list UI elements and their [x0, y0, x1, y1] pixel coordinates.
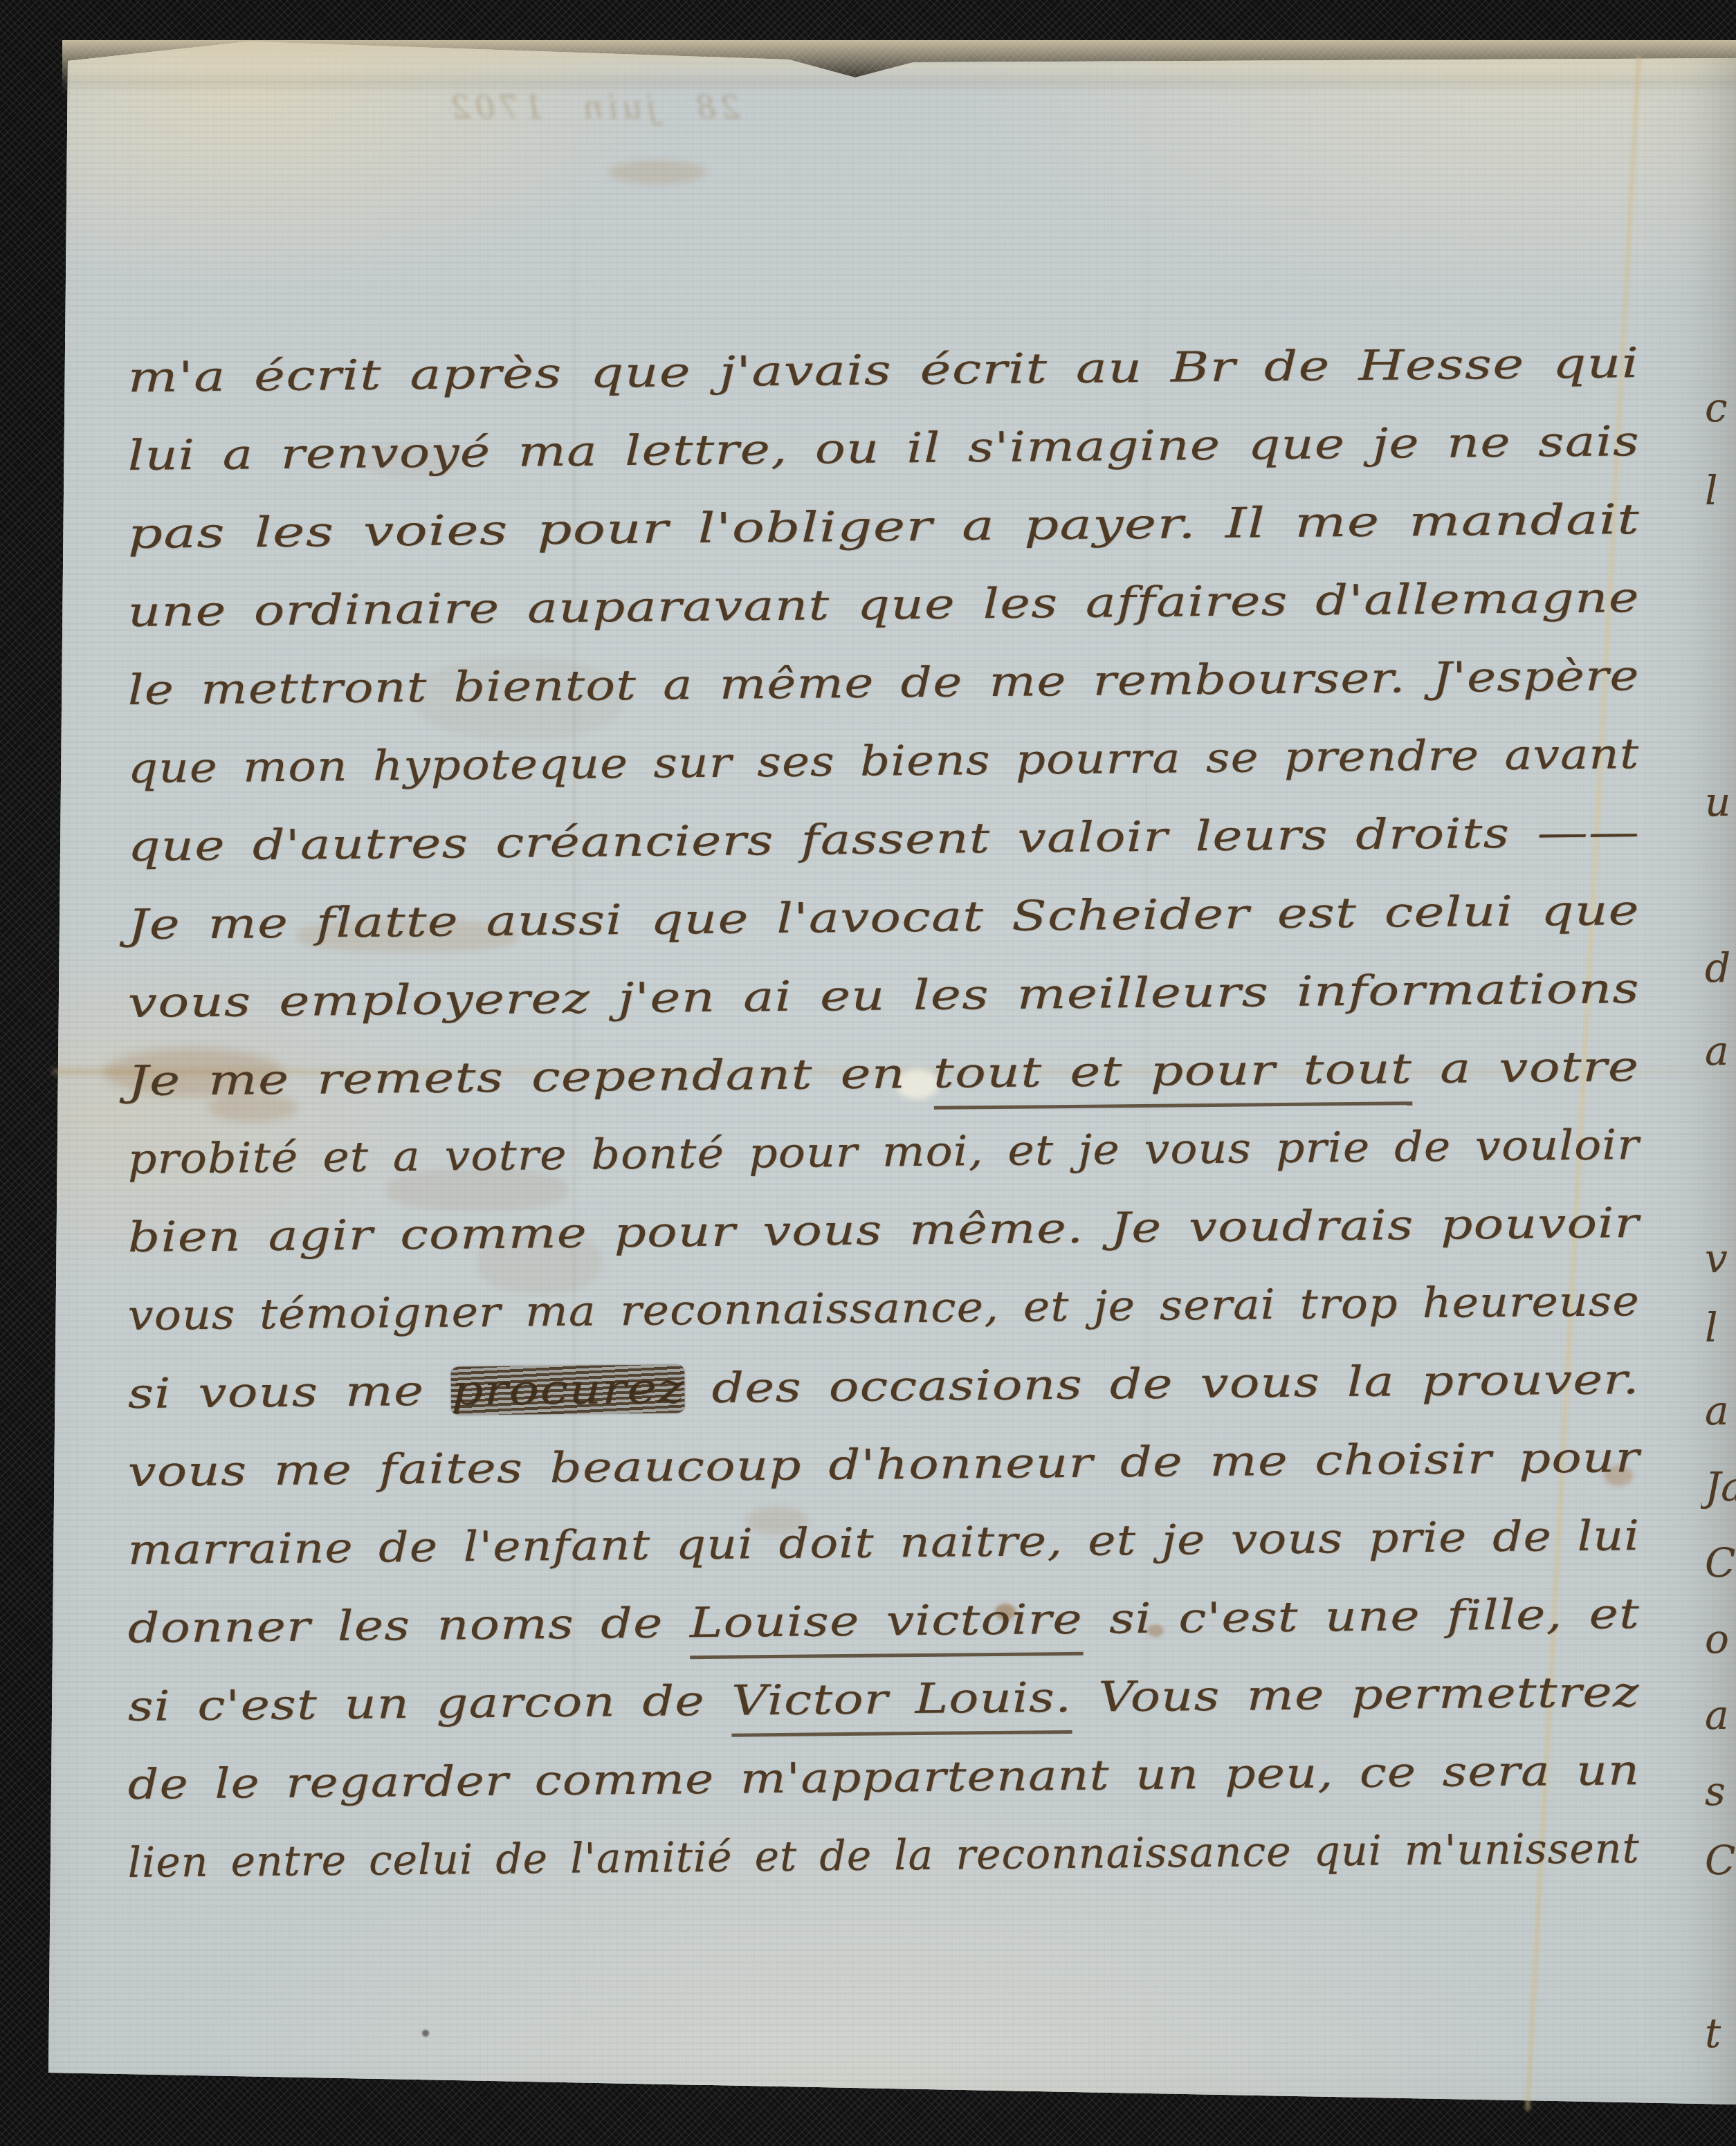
letter-line-10: Je me remets cependant en tout et pour t…	[128, 1048, 1346, 1117]
letter-line-15: vous me faites beaucoup d'honneur de me …	[128, 1439, 1387, 1508]
facing-page-stroke: s	[1705, 1768, 1726, 1815]
line-text: si c'est un garcon de	[128, 1677, 732, 1731]
facing-page-stroke: a	[1705, 1691, 1729, 1739]
line-text: pas les voies pour l'obliger a payer. Il…	[128, 495, 1641, 558]
letter-line-13: vous témoigner ma reconnaissance, et je …	[128, 1283, 1523, 1352]
line-text: Vous me permettrez	[1072, 1668, 1640, 1722]
line-text: une ordinaire auparavant que les affaire…	[128, 574, 1640, 636]
letter-line-5: le mettront bientot a même de me rembour…	[128, 657, 1403, 726]
line-text: si c'est une fille, et	[1082, 1590, 1640, 1644]
letter-line-12: bien agir comme pour vous même. Je voudr…	[128, 1204, 1380, 1274]
facing-page-stroke: c	[1705, 384, 1727, 431]
letter-line-6: que mon hypoteque sur ses biens pourra s…	[128, 735, 1471, 805]
line-text: vous me faites beaucoup d'honneur de me …	[128, 1433, 1641, 1496]
letter-line-20: lien entre celui de l'amitié et de la re…	[128, 1830, 1640, 1899]
facing-page-stroke: C	[1705, 1539, 1735, 1586]
letter-line-16: marraine de l'enfant qui doit naitre, et…	[128, 1517, 1461, 1586]
line-text: lui a renvoyé ma lettre, ou il s'imagine…	[128, 417, 1641, 480]
line-text: bien agir comme pour vous même. Je voudr…	[128, 1199, 1640, 1262]
facing-page-stroke: u	[1705, 778, 1730, 825]
line-text: vous témoigner ma reconnaissance, et je …	[128, 1277, 1641, 1340]
facing-page-stroke: d	[1705, 944, 1730, 991]
line-text: marraine de l'enfant qui doit naitre, et…	[128, 1512, 1641, 1575]
line-text: m'a écrit après que j'avais écrit au Br …	[128, 339, 1640, 402]
facing-page-stroke: v	[1705, 1235, 1728, 1282]
underlined-phrase: Victor Louis.	[731, 1673, 1072, 1737]
line-text: Je me remets cependant en	[128, 1049, 934, 1106]
line-text: si vous me	[128, 1367, 452, 1418]
line-text: que d'autres créanciers fassent valoir l…	[128, 808, 1641, 871]
line-text: a votre	[1412, 1043, 1640, 1093]
facing-page-stroke: o	[1705, 1615, 1729, 1662]
scanned-letter-photograph: { "document": { "kind": "handwritten let…	[0, 0, 1736, 2146]
letter-line-9: vous employerez j'en ai eu les meilleurs…	[128, 970, 1342, 1039]
facing-page-stroke: l	[1705, 1304, 1718, 1351]
line-text: le mettront bientot a même de me rembour…	[128, 652, 1640, 715]
letter-line-3: pas les voies pour l'obliger a payer. Il…	[128, 501, 1286, 570]
line-text: lien entre celui de l'amitié et de la re…	[128, 1824, 1640, 1887]
letter-line-19: de le regarder comme m'appartenant un pe…	[128, 1752, 1431, 1821]
crossed-out-word: procurez	[451, 1364, 686, 1415]
facing-page-stroke: a	[1705, 1387, 1729, 1434]
letter-line-7: que d'autres créanciers fassent valoir l…	[128, 814, 1369, 883]
facing-page-edge-strokes: cludavlaJaCoasCt	[1701, 0, 1736, 2146]
letter-line-4: une ordinaire auparavant que les affaire…	[128, 579, 1357, 648]
facing-page-stroke: C	[1705, 1837, 1735, 1884]
letter-line-1: m'a écrit après que j'avais écrit au Br …	[128, 345, 1324, 414]
line-text: vous employerez j'en ai eu les meilleurs…	[128, 964, 1641, 1027]
underlined-phrase: tout et pour tout	[933, 1045, 1413, 1110]
letter-line-11: probité et a votre bonté pour moi, et je…	[128, 1126, 1522, 1195]
letter-line-17: donner les noms de Louise victoire si c'…	[128, 1595, 1396, 1664]
letter-line-2: lui a renvoyé ma lettre, ou il s'imagine…	[128, 423, 1368, 492]
line-text: de le regarder comme m'appartenant un pe…	[128, 1746, 1641, 1809]
facing-page-stroke: a	[1705, 1027, 1729, 1074]
line-text: des occasions de vous la prouver.	[684, 1355, 1639, 1413]
line-text: donner les noms de	[128, 1599, 691, 1653]
line-text: que mon hypoteque sur ses biens pourra s…	[128, 730, 1640, 793]
facing-page-stroke: Ja	[1705, 1463, 1736, 1510]
facing-page-stroke: t	[1705, 2010, 1721, 2057]
letter-line-14: si vous me procurez des occasions de vou…	[128, 1361, 1378, 1430]
underlined-phrase: Louise victoire	[689, 1595, 1083, 1659]
letter-body-text: m'a écrit après que j'avais écrit au Br …	[0, 0, 1736, 2146]
line-text: Je me flatte aussi que l'avocat Scheider…	[128, 886, 1641, 949]
facing-page-stroke: l	[1705, 467, 1718, 514]
letter-line-8: Je me flatte aussi que l'avocat Scheider…	[128, 892, 1352, 961]
line-text: probité et a votre bonté pour moi, et je…	[128, 1121, 1640, 1184]
letter-line-18: si c'est un garcon de Victor Louis. Vous…	[128, 1673, 1394, 1743]
